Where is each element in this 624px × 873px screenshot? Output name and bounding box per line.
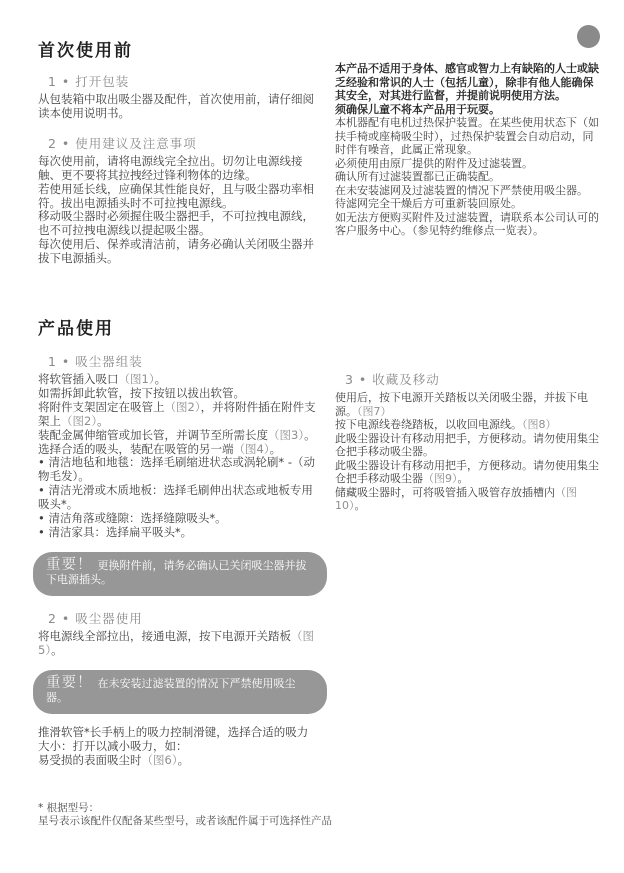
figure-reference: （图8） <box>522 418 557 431</box>
paragraph: 使用后，按下电源开关踏板以关闭吸尘器，并拔下电源。（图7） <box>335 391 599 418</box>
paragraph: 从包装箱中取出吸尘器及配件，首次使用前，请仔细阅读本使用说明书。 <box>38 93 316 121</box>
paragraph: 易受损的表面吸尘时（图6）。 <box>38 754 316 768</box>
figure-reference: （图5） <box>38 629 314 657</box>
footnote-line: 星号表示该配件仅配备某些型号，或者该配件属于可选择性产品 <box>38 815 468 828</box>
first-use-left-column: 1 • 打开包装 从包装箱中取出吸尘器及配件，首次使用前，请仔细阅读本使用说明书… <box>38 72 316 266</box>
subsection-title-advice: 2 • 使用建议及注意事项 <box>48 134 316 152</box>
subsection-title-usage: 2 • 吸尘器使用 <box>48 609 316 627</box>
safety-note: 确认所有过滤装置都已正确装配。 <box>335 170 599 184</box>
important-banner-filter: 重要！在未安装过滤装置的情况下严禁使用吸尘器。 <box>33 670 327 714</box>
manual-page: 首次使用前 1 • 打开包装 从包装箱中取出吸尘器及配件，首次使用前，请仔细阅读… <box>0 0 624 873</box>
paragraph: 每次使用后、保养或清洁前，请务必确认关闭吸尘器并拔下电源插头。 <box>38 238 316 266</box>
figure-reference: （图9） <box>423 472 458 485</box>
paragraph: 移动吸尘器时必须握住吸尘器把手，不可拉拽电源线，也不可拉拽电源线以提起吸尘器。 <box>38 210 316 238</box>
bullet-item: • 清洁家具：选择扁平吸头*。 <box>38 526 316 540</box>
safety-note: 如无法方便购买附件及过滤装置，请联系本公司认可的客户服务中心。（参见特约维修点一… <box>335 211 599 238</box>
paragraph: 将电源线全部拉出，接通电源，按下电源开关踏板（图5）。 <box>38 630 316 658</box>
subsection-title-assembly: 1 • 吸尘器组装 <box>48 352 316 370</box>
safety-note-bold: 须确保儿童不将本产品用于玩耍。 <box>335 103 599 117</box>
safety-note-bold: 本产品不适用于身体、感官或智力上有缺陷的人士或缺乏经验和常识的人士（包括儿童），… <box>335 62 599 103</box>
section-title-first-use: 首次使用前 <box>38 36 133 61</box>
figure-reference: （图2） <box>165 400 201 414</box>
product-use-left-column: 1 • 吸尘器组装 将软管插入吸口（图1）。 如需拆卸此软管，按下按钮以拔出软管… <box>38 352 316 767</box>
paragraph: 若使用延长线，应确保其性能良好，且与吸尘器功率相符。拔出电源插头时不可拉拽电源线… <box>38 183 316 211</box>
figure-reference: （图3） <box>268 428 304 442</box>
subsection-title-storage: 3 • 收藏及移动 <box>345 370 599 388</box>
important-label: 重要！ <box>46 557 93 573</box>
safety-note: 待滤网完全干燥后方可重新装回原处。 <box>335 197 599 211</box>
paragraph: 此吸尘器设计有移动用把手，方便移动。请勿使用集尘仓把手移动吸尘器（图9）。 <box>335 459 599 486</box>
safety-note: 本机器配有电机过热保护装置。在某些使用状态下（如扶手椅或座椅吸尘时），过热保护装… <box>335 116 599 157</box>
model-footnote: * 根据型号： 星号表示该配件仅配备某些型号，或者该配件属于可选择性产品 <box>38 802 468 828</box>
paragraph: 每次使用前，请将电源线完全拉出。切勿让电源线接触、更不要将其拉拽经过锋利物体的边… <box>38 155 316 183</box>
bullet-item: • 清洁角落或缝隙：选择缝隙吸头*。 <box>38 512 316 526</box>
figure-reference: （图1） <box>119 372 155 386</box>
figure-reference: （图7） <box>357 405 392 418</box>
product-use-right-column: 3 • 收藏及移动 使用后，按下电源开关踏板以关闭吸尘器，并拔下电源。（图7） … <box>335 370 599 513</box>
figure-reference: （图4） <box>234 442 270 456</box>
paragraph: 如需拆卸此软管，按下按钮以拔出软管。 <box>38 387 316 401</box>
safety-note: 必须使用由原厂提供的附件及过滤装置。 <box>335 157 599 171</box>
important-label: 重要！ <box>46 675 93 691</box>
bullet-item: • 清洁地毡和地毯：选择毛刷缩进状态或涡轮刷* -（动物毛发）。 <box>38 456 316 484</box>
safety-note: 在未安装滤网及过滤装置的情况下严禁使用吸尘器。 <box>335 184 599 198</box>
paragraph: 选择合适的吸头，装配在吸管的另一端（图4）。 <box>38 443 316 457</box>
paragraph: 按下电源线卷绕踏板，以收回电源线。（图8） <box>335 418 599 432</box>
paragraph: 此吸尘器设计有移动用把手，方便移动。请勿使用集尘仓把手移动吸尘器。 <box>335 432 599 459</box>
page-corner-dot <box>577 25 600 48</box>
subsection-title-unpacking: 1 • 打开包装 <box>48 72 316 90</box>
paragraph: 装配金属伸缩管或加长管，并调节至所需长度（图3）。 <box>38 429 316 443</box>
paragraph: 将软管插入吸口（图1）。 <box>38 373 316 387</box>
paragraph: 储藏吸尘器时，可将吸管插入吸管存放插槽内（图10）。 <box>335 486 599 513</box>
paragraph: 推滑软管*长手柄上的吸力控制滑键，选择合适的吸力大小：打开以减小吸力，如： <box>38 726 316 754</box>
figure-reference: （图10） <box>335 486 577 513</box>
figure-reference: （图6） <box>142 753 178 767</box>
figure-reference: （图2） <box>61 414 97 428</box>
important-banner-attachments: 重要！更换附件前，请务必确认已关闭吸尘器并拔下电源插头。 <box>33 552 327 596</box>
bullet-item: • 清洁光滑或木质地板：选择毛刷伸出状态或地板专用吸头*。 <box>38 484 316 512</box>
footnote-line: * 根据型号： <box>38 802 468 815</box>
first-use-right-column: 本产品不适用于身体、感官或智力上有缺陷的人士或缺乏经验和常识的人士（包括儿童），… <box>335 62 599 238</box>
section-title-product-use: 产品使用 <box>38 314 114 339</box>
paragraph: 将附件支架固定在吸管上（图2），并将附件插在附件支架上（图2）。 <box>38 401 316 429</box>
